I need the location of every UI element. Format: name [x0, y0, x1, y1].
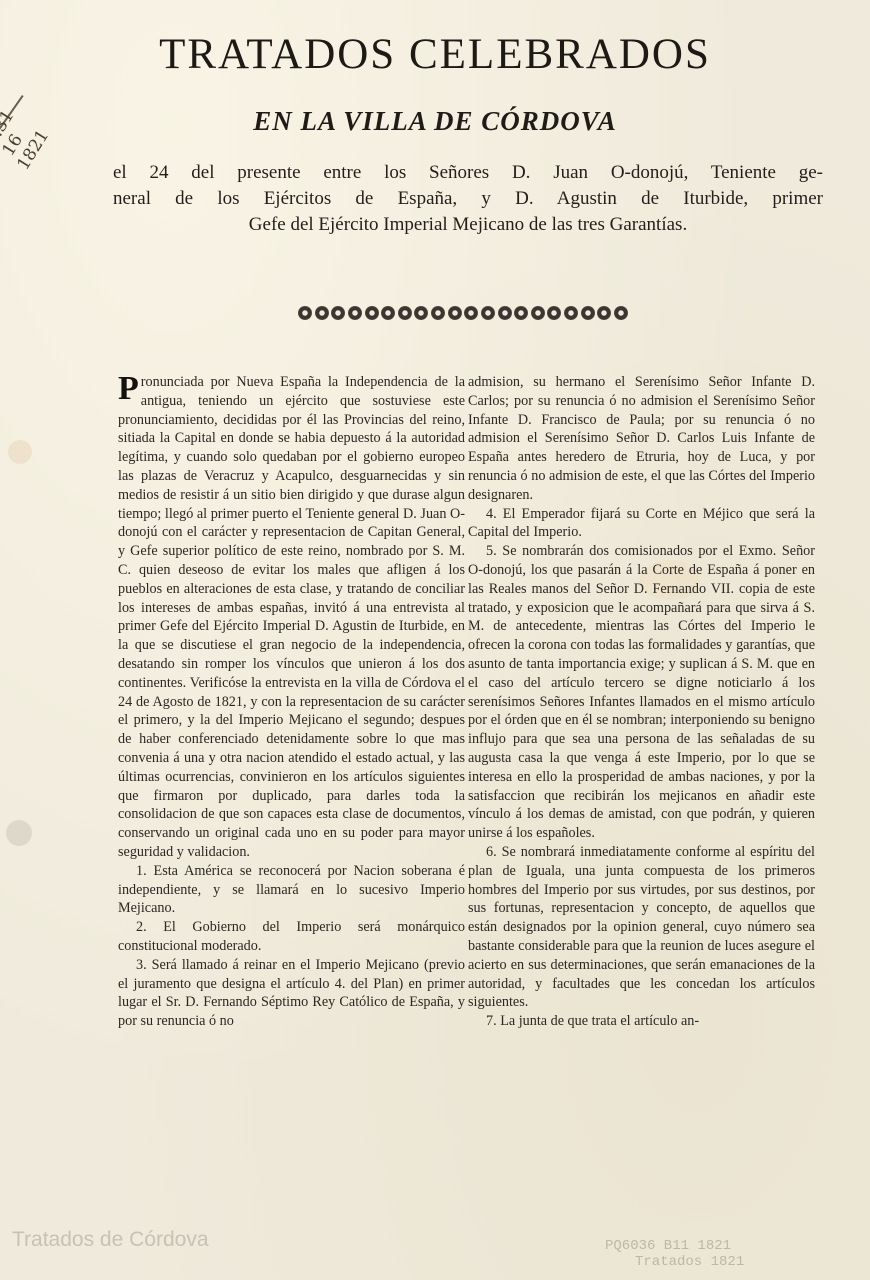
stain: [6, 820, 32, 846]
paragraph: Pronunciada por Nueva España la Independ…: [118, 373, 465, 862]
rosette-icon: [581, 306, 595, 320]
rosette-icon: [498, 306, 512, 320]
intro-line: Gefe del Ejército Imperial Mejicano de l…: [113, 212, 823, 238]
faded-label: Tratados de Córdova: [12, 1228, 209, 1252]
document-subtitle: EN LA VILLA DE CÓRDOVA: [0, 106, 870, 137]
rosette-icon: [547, 306, 561, 320]
stamp-line: PQ6036 B11 1821: [605, 1238, 815, 1254]
intro-text: el 24 del presente entre los Señores D. …: [113, 160, 823, 238]
article-6: 6. Se nombrará inmediatamente conforme a…: [468, 843, 815, 1012]
library-stamp: PQ6036 B11 1821 Tratados 1821: [605, 1238, 815, 1270]
ornamental-divider: [298, 302, 628, 324]
rosette-icon: [348, 306, 362, 320]
paragraph: admision, su hermano el Serenísimo Señor…: [468, 373, 815, 505]
stain: [8, 440, 32, 464]
stamp-line: Tratados 1821: [605, 1254, 815, 1270]
handwritten-call-number: 344.31 16 1821: [0, 72, 116, 215]
rosette-icon: [514, 306, 528, 320]
rosette-icon: [331, 306, 345, 320]
document-page: 344.31 16 1821 TRATADOS CELEBRADOS EN LA…: [0, 0, 870, 1280]
rosette-icon: [414, 306, 428, 320]
rosette-icon: [481, 306, 495, 320]
article-4: 4. El Emperador fijará su Corte en Méjic…: [468, 505, 815, 543]
article-7: 7. La junta de que trata el artículo an-: [468, 1012, 815, 1031]
rosette-icon: [315, 306, 329, 320]
left-column: Pronunciada por Nueva España la Independ…: [118, 373, 465, 1031]
rosette-icon: [381, 306, 395, 320]
rosette-icon: [298, 306, 312, 320]
rosette-icon: [365, 306, 379, 320]
rosette-icon: [564, 306, 578, 320]
rosette-icon: [398, 306, 412, 320]
intro-line: neral de los Ejércitos de España, y D. A…: [113, 186, 823, 212]
document-title: TRATADOS CELEBRADOS: [0, 30, 870, 79]
article-3: 3. Será llamado á reinar en el Imperio M…: [118, 956, 465, 1031]
article-5: 5. Se nombrarán dos comisionados por el …: [468, 542, 815, 843]
rosette-icon: [597, 306, 611, 320]
rosette-icon: [464, 306, 478, 320]
rosette-icon: [431, 306, 445, 320]
drop-cap: P: [118, 375, 139, 403]
right-column: admision, su hermano el Serenísimo Señor…: [468, 373, 815, 1031]
rosette-icon: [531, 306, 545, 320]
rosette-icon: [614, 306, 628, 320]
intro-line: el 24 del presente entre los Señores D. …: [113, 160, 823, 186]
paragraph-text: ronunciada por Nueva España la Independe…: [118, 374, 465, 860]
article-2: 2. El Gobierno del Imperio será monárqui…: [118, 918, 465, 956]
article-1: 1. Esta América se reconocerá por Nacion…: [118, 862, 465, 918]
rosette-icon: [448, 306, 462, 320]
